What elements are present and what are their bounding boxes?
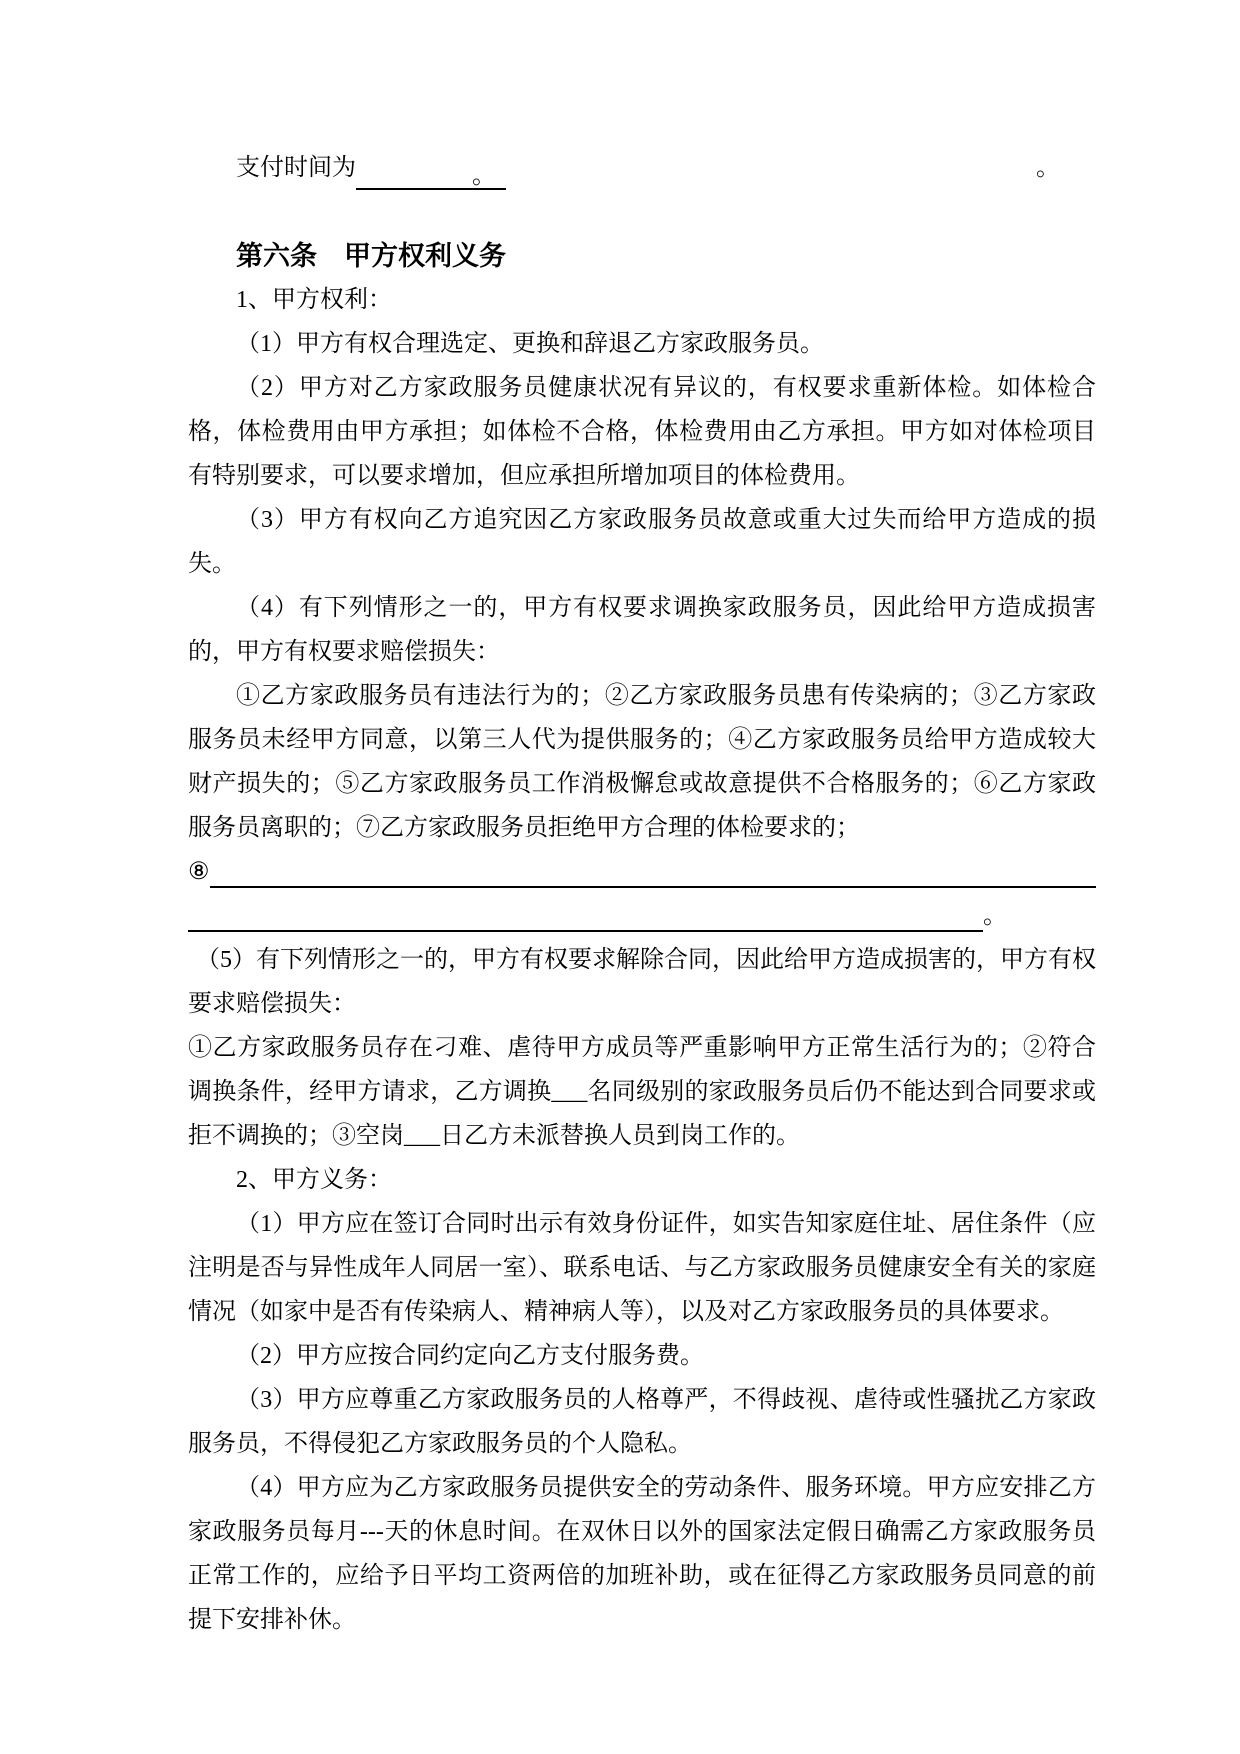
payment-time-label: 支付时间为 <box>236 155 356 181</box>
article-6-heading: 第六条 甲方权利义务 <box>188 234 1096 278</box>
blank-line-end-period: 。 <box>983 894 1007 938</box>
payment-time-blank-period: 。 <box>424 158 496 188</box>
rights-item-4: （4）有下列情形之一的，甲方有权要求调换家政服务员，因此给甲方造成损害的，甲方有… <box>188 586 1096 674</box>
obligations-item-1: （1）甲方应在签订合同时出示有效身份证件，如实告知家庭住址、居住条件（应注明是否… <box>188 1202 1096 1334</box>
rights-item-8-line: ⑧ <box>188 850 1096 894</box>
rights-item-4-cases: ①乙方家政服务员有违法行为的；②乙方家政服务员患有传染病的；③乙方家政服务员未经… <box>188 674 1096 850</box>
obligations-item-4: （4）甲方应为乙方家政服务员提供安全的劳动条件、服务环境。甲方应安排乙方家政服务… <box>188 1466 1096 1642</box>
obligations-item-3: （3）甲方应尊重乙方家政服务员的人格尊严，不得歧视、虐待或性骚扰乙方家政服务员，… <box>188 1378 1096 1466</box>
rights-item-5-cases: ①乙方家政服务员存在刁难、虐待甲方成员等严重影响甲方正常生活行为的；②符合调换条… <box>188 1026 1096 1158</box>
document-body: 支付时间为。 第六条 甲方权利义务 1、甲方权利： （1）甲方有权合理选定、更换… <box>188 146 1096 1642</box>
circled-8-marker: ⑧ <box>188 850 210 894</box>
payment-time-line: 支付时间为。 <box>188 146 1096 190</box>
fill-in-blank-line-2 <box>188 894 983 932</box>
party-a-obligations-title: 2、甲方义务： <box>188 1158 1096 1202</box>
fill-in-blank-line-1 <box>210 850 1096 888</box>
obligations-item-2: （2）甲方应按合同约定向乙方支付服务费。 <box>188 1334 1096 1378</box>
rights-item-3: （3）甲方有权向乙方追究因乙方家政服务员故意或重大过失而给甲方造成的损失。 <box>188 498 1096 586</box>
rights-item-1: （1）甲方有权合理选定、更换和辞退乙方家政服务员。 <box>188 322 1096 366</box>
rights-item-5: （5）有下列情形之一的，甲方有权要求解除合同，因此给甲方造成损害的，甲方有权要求… <box>188 938 1096 1026</box>
fill-in-blank-row-2: 。 <box>188 894 1096 938</box>
payment-time-blank: 。 <box>356 158 506 190</box>
rights-item-2: （2）甲方对乙方家政服务员健康状况有异议的，有权要求重新体检。如体检合格，体检费… <box>188 366 1096 498</box>
party-a-rights-title: 1、甲方权利： <box>188 278 1096 322</box>
contract-document-page: 。 支付时间为。 第六条 甲方权利义务 1、甲方权利： （1）甲方有权合理选定、… <box>0 0 1240 1754</box>
